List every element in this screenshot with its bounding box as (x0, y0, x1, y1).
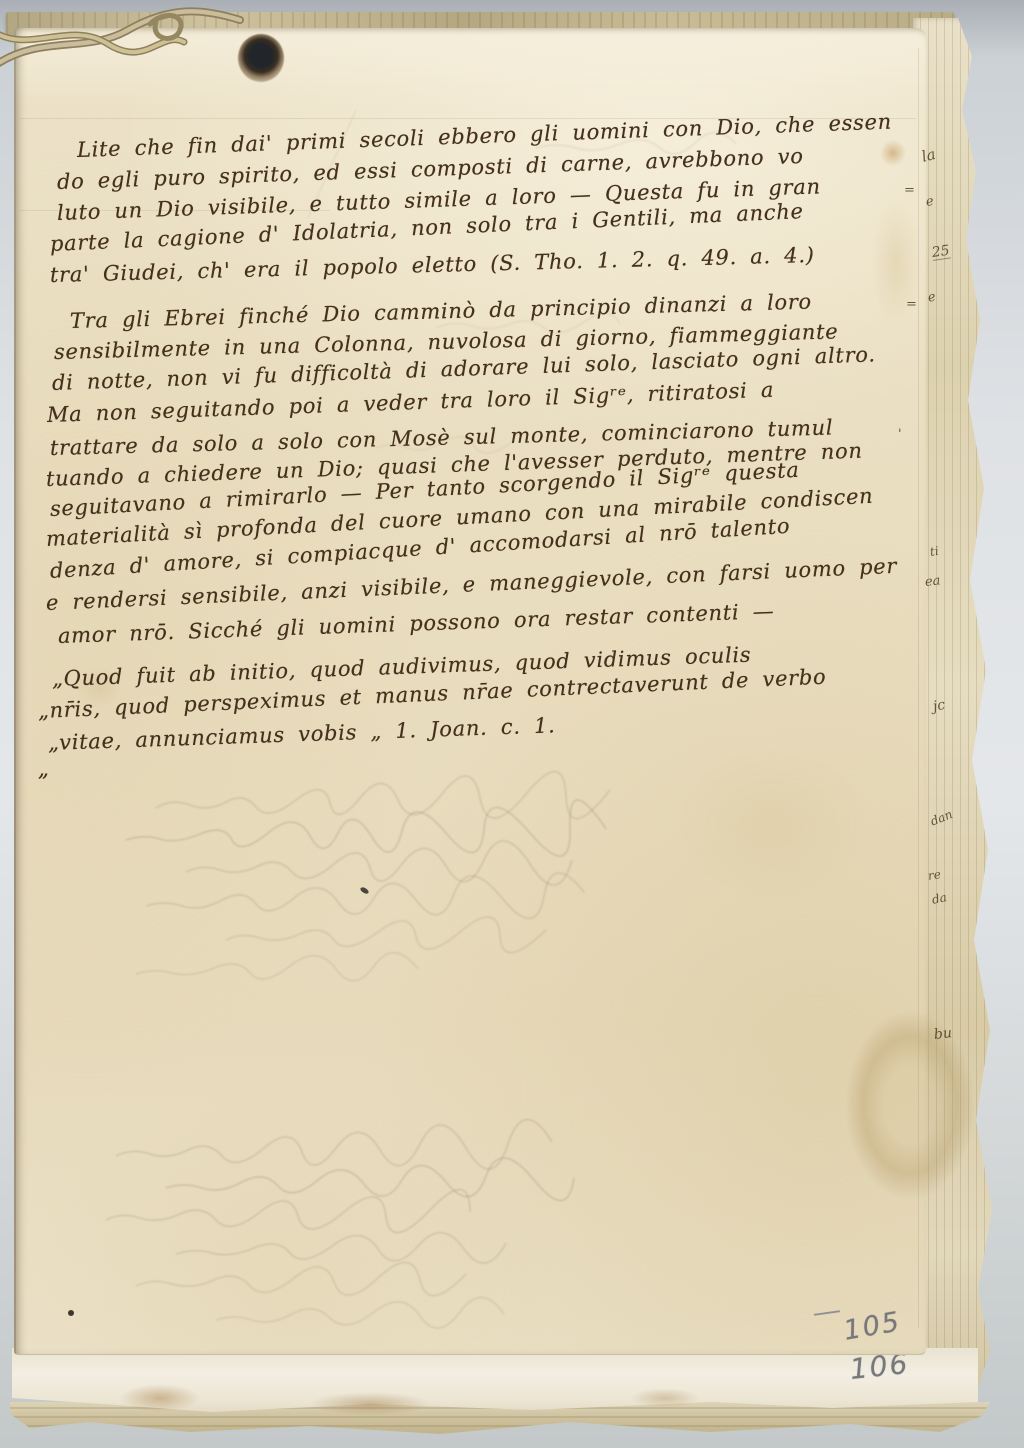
edge-text-fragment: bu (933, 1026, 952, 1042)
margin-pen-mark: = (904, 184, 915, 197)
manuscript-line: „ (38, 757, 50, 782)
binding-thread (0, 0, 280, 100)
margin-pen-mark: = (906, 298, 917, 311)
edge-text-fragment: ti (929, 545, 939, 558)
edge-text-fragment: da (931, 891, 948, 906)
manuscript-scan: 106 (0, 0, 1024, 1448)
margin-pen-mark: ' (898, 428, 902, 441)
edge-text-fragment: e (925, 195, 935, 209)
manuscript-page: Lite che fin dai' primi secoli ebbero gl… (14, 28, 926, 1355)
edge-text-fragment: re (927, 868, 941, 882)
next-page-edge: 106 (12, 1348, 978, 1414)
ink-speck (68, 1310, 74, 1316)
edge-text-fragment: 25 (931, 244, 951, 261)
edge-text-fragment: ea (924, 574, 941, 589)
burn-hole (238, 34, 284, 82)
edge-text-fragment: jc (932, 698, 946, 714)
